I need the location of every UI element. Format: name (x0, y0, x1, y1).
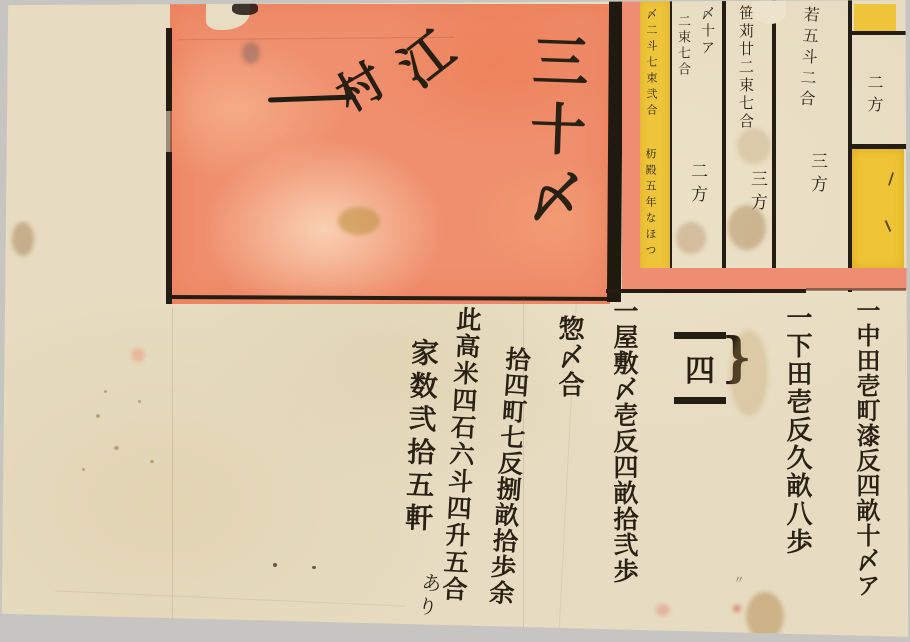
column-separator (772, 0, 776, 290)
small-annotation-mark: 〃 (733, 574, 744, 585)
freckle (138, 400, 141, 403)
stain (242, 42, 260, 64)
entry-kazu-suffix: あり (414, 571, 442, 622)
ruled-line (806, 288, 906, 291)
freckle (96, 414, 100, 418)
header-col3-direction: 三方 (808, 152, 825, 198)
freckle (150, 460, 154, 463)
header-col1-text-right: 〆十ア (700, 6, 714, 57)
crease-line (523, 298, 524, 642)
column-separator (670, 0, 672, 268)
stain (730, 330, 768, 416)
header-col3-text: 若五斗二合 (797, 6, 818, 112)
entry-yashiki: 一屋敷〆壱反四畝拾弐歩 (612, 298, 637, 584)
stain (656, 604, 670, 616)
stain (676, 222, 706, 254)
entry-kazu: 家数弐拾五軒 (403, 338, 438, 537)
stain (338, 207, 380, 235)
red-block-right-border (607, 0, 623, 302)
entry-sogo: 惣〆合 (556, 315, 582, 399)
ink-blot (232, 2, 258, 15)
stain (737, 128, 771, 164)
stain (746, 592, 784, 640)
scan-background: 江 村 三十〆 〆二斗七束弐合 杤殿五年なほつ 〆十ア 二束七合 二方 笹苅廿二… (0, 0, 910, 642)
yellow-strip-text-lower: 杤殿五年なほつ (645, 148, 656, 260)
stain (733, 605, 741, 612)
header-col2-text: 笹苅廿二束七合 (738, 5, 753, 131)
entry-nakada: 一中田壱町漆反四畝十〆ア (854, 298, 878, 598)
header-col1-text-left: 二束七合 (676, 14, 689, 78)
red-block-left-border (166, 28, 172, 304)
entry-koku: 此高米四石六斗四升五合 (440, 306, 481, 604)
stain (728, 205, 766, 250)
crease-line (172, 308, 173, 638)
stain (12, 222, 34, 256)
header-col4-direction: 二方 (866, 74, 882, 118)
stain (131, 348, 145, 362)
paper-tear (752, 0, 786, 24)
crease-line (55, 590, 405, 606)
ruled-line (850, 31, 908, 35)
boxed-number-frame: 四 (674, 332, 726, 404)
column-separator (722, 0, 726, 290)
salmon-strip-bottom (622, 268, 908, 290)
header-col1-direction: 二方 (688, 162, 705, 208)
red-block-vertical-label: 三十〆 (522, 31, 585, 237)
freckle (104, 390, 107, 393)
entry-shimoda: 一下田壱反久畝八歩 (784, 304, 810, 556)
freckle (114, 446, 119, 450)
document-paper: 江 村 三十〆 〆二斗七束弐合 杤殿五年なほつ 〆十ア 二束七合 二方 笹苅廿二… (0, 0, 910, 642)
yellow-block (852, 149, 904, 269)
yellow-patch-top (854, 4, 896, 32)
ruled-line (606, 289, 806, 293)
freckle (273, 563, 277, 567)
yellow-strip-text-upper: 〆二斗七束弐合 (646, 8, 657, 120)
freckle (82, 468, 85, 471)
salmon-strip-vertical (622, 0, 640, 290)
boxed-number: 四 (685, 346, 715, 390)
freckle (312, 566, 316, 569)
